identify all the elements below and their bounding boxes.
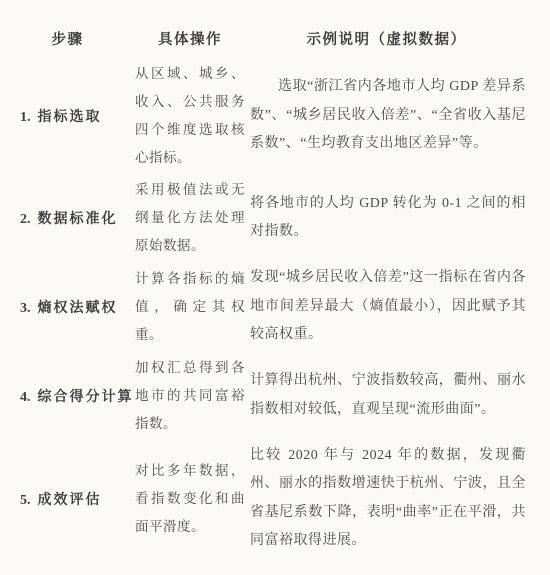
step-cell: 3.熵权法赋权 (0, 297, 135, 317)
step-label: 指标选取 (38, 110, 102, 125)
step-number: 2. (20, 212, 31, 227)
operation-text: 加权汇总得到各地市的共同富裕指数。 (135, 354, 245, 438)
step-cell: 4.综合得分计算 (0, 386, 135, 406)
operation-cell: 加权汇总得到各地市的共同富裕指数。 (135, 354, 245, 438)
step-cell: 1.指标选取 (0, 106, 135, 126)
operation-cell: 从区域、城乡、收入、公共服务四个维度选取核心指标。 (135, 60, 245, 172)
header-step: 步骤 (0, 28, 135, 52)
step-cell: 2.数据标准化 (0, 208, 135, 228)
table-row: 5.成效评估 对比多年数据，看指数变化和曲面平滑度。 比较 2020 年与 20… (0, 440, 550, 558)
example-text: 将各地市的人均 GDP 转化为 0-1 之间的相对指数。 (250, 190, 526, 247)
table-row: 3.熵权法赋权 计算各指标的熵值，确定其权重。 发现“城乡居民收入倍差”这一指标… (0, 262, 550, 352)
table-row: 2.数据标准化 采用极值法或无纲量化方法处理原始数据。 将各地市的人均 GDP … (0, 174, 550, 262)
example-text: 比较 2020 年与 2024 年的数据，发现衢州、丽水的指数增速快于杭州、宁波… (250, 442, 526, 556)
operation-text: 采用极值法或无纲量化方法处理原始数据。 (135, 176, 245, 260)
operation-text: 对比多年数据，看指数变化和曲面平滑度。 (135, 457, 245, 541)
example-cell: 计算得出杭州、宁波指数较高，衢州、丽水指数相对较低，直观呈现“流形曲面”。 (245, 367, 550, 424)
operation-text: 计算各指标的熵值，确定其权重。 (135, 265, 245, 349)
header-example: 示例说明（虚拟数据） (245, 28, 550, 52)
step-number: 5. (20, 493, 31, 508)
step-label: 熵权法赋权 (38, 301, 118, 316)
step-label: 数据标准化 (38, 212, 118, 227)
table-row: 4.综合得分计算 加权汇总得到各地市的共同富裕指数。 计算得出杭州、宁波指数较高… (0, 352, 550, 440)
example-text: 计算得出杭州、宁波指数较高，衢州、丽水指数相对较低，直观呈现“流形曲面”。 (250, 367, 526, 424)
example-text: 选取“浙江省内各地市人均 GDP 差异系数”、“城乡居民收入倍差”、“全省收入基… (250, 73, 526, 159)
example-text: 发现“城乡居民收入倍差”这一指标在省内各地市间差异最大（熵值最小），因此赋予其较… (250, 264, 526, 350)
header-operation: 具体操作 (135, 28, 245, 52)
step-cell: 5.成效评估 (0, 489, 135, 509)
example-cell: 比较 2020 年与 2024 年的数据，发现衢州、丽水的指数增速快于杭州、宁波… (245, 442, 550, 556)
example-cell: 将各地市的人均 GDP 转化为 0-1 之间的相对指数。 (245, 190, 550, 247)
operation-cell: 采用极值法或无纲量化方法处理原始数据。 (135, 176, 245, 260)
step-label: 成效评估 (38, 493, 102, 508)
document-page: 步骤 具体操作 示例说明（虚拟数据） 1.指标选取 从区域、城乡、收入、公共服务… (0, 0, 550, 575)
operation-text: 从区域、城乡、收入、公共服务四个维度选取核心指标。 (135, 60, 245, 172)
step-number: 4. (20, 390, 31, 405)
example-cell: 选取“浙江省内各地市人均 GDP 差异系数”、“城乡居民收入倍差”、“全省收入基… (245, 73, 550, 159)
example-cell: 发现“城乡居民收入倍差”这一指标在省内各地市间差异最大（熵值最小），因此赋予其较… (245, 264, 550, 350)
operation-cell: 计算各指标的熵值，确定其权重。 (135, 265, 245, 349)
operation-cell: 对比多年数据，看指数变化和曲面平滑度。 (135, 457, 245, 541)
table-row: 1.指标选取 从区域、城乡、收入、公共服务四个维度选取核心指标。 选取“浙江省内… (0, 58, 550, 174)
step-number: 1. (20, 110, 31, 125)
step-number: 3. (20, 301, 31, 316)
table-header-row: 步骤 具体操作 示例说明（虚拟数据） (0, 28, 550, 52)
step-label: 综合得分计算 (38, 390, 134, 405)
